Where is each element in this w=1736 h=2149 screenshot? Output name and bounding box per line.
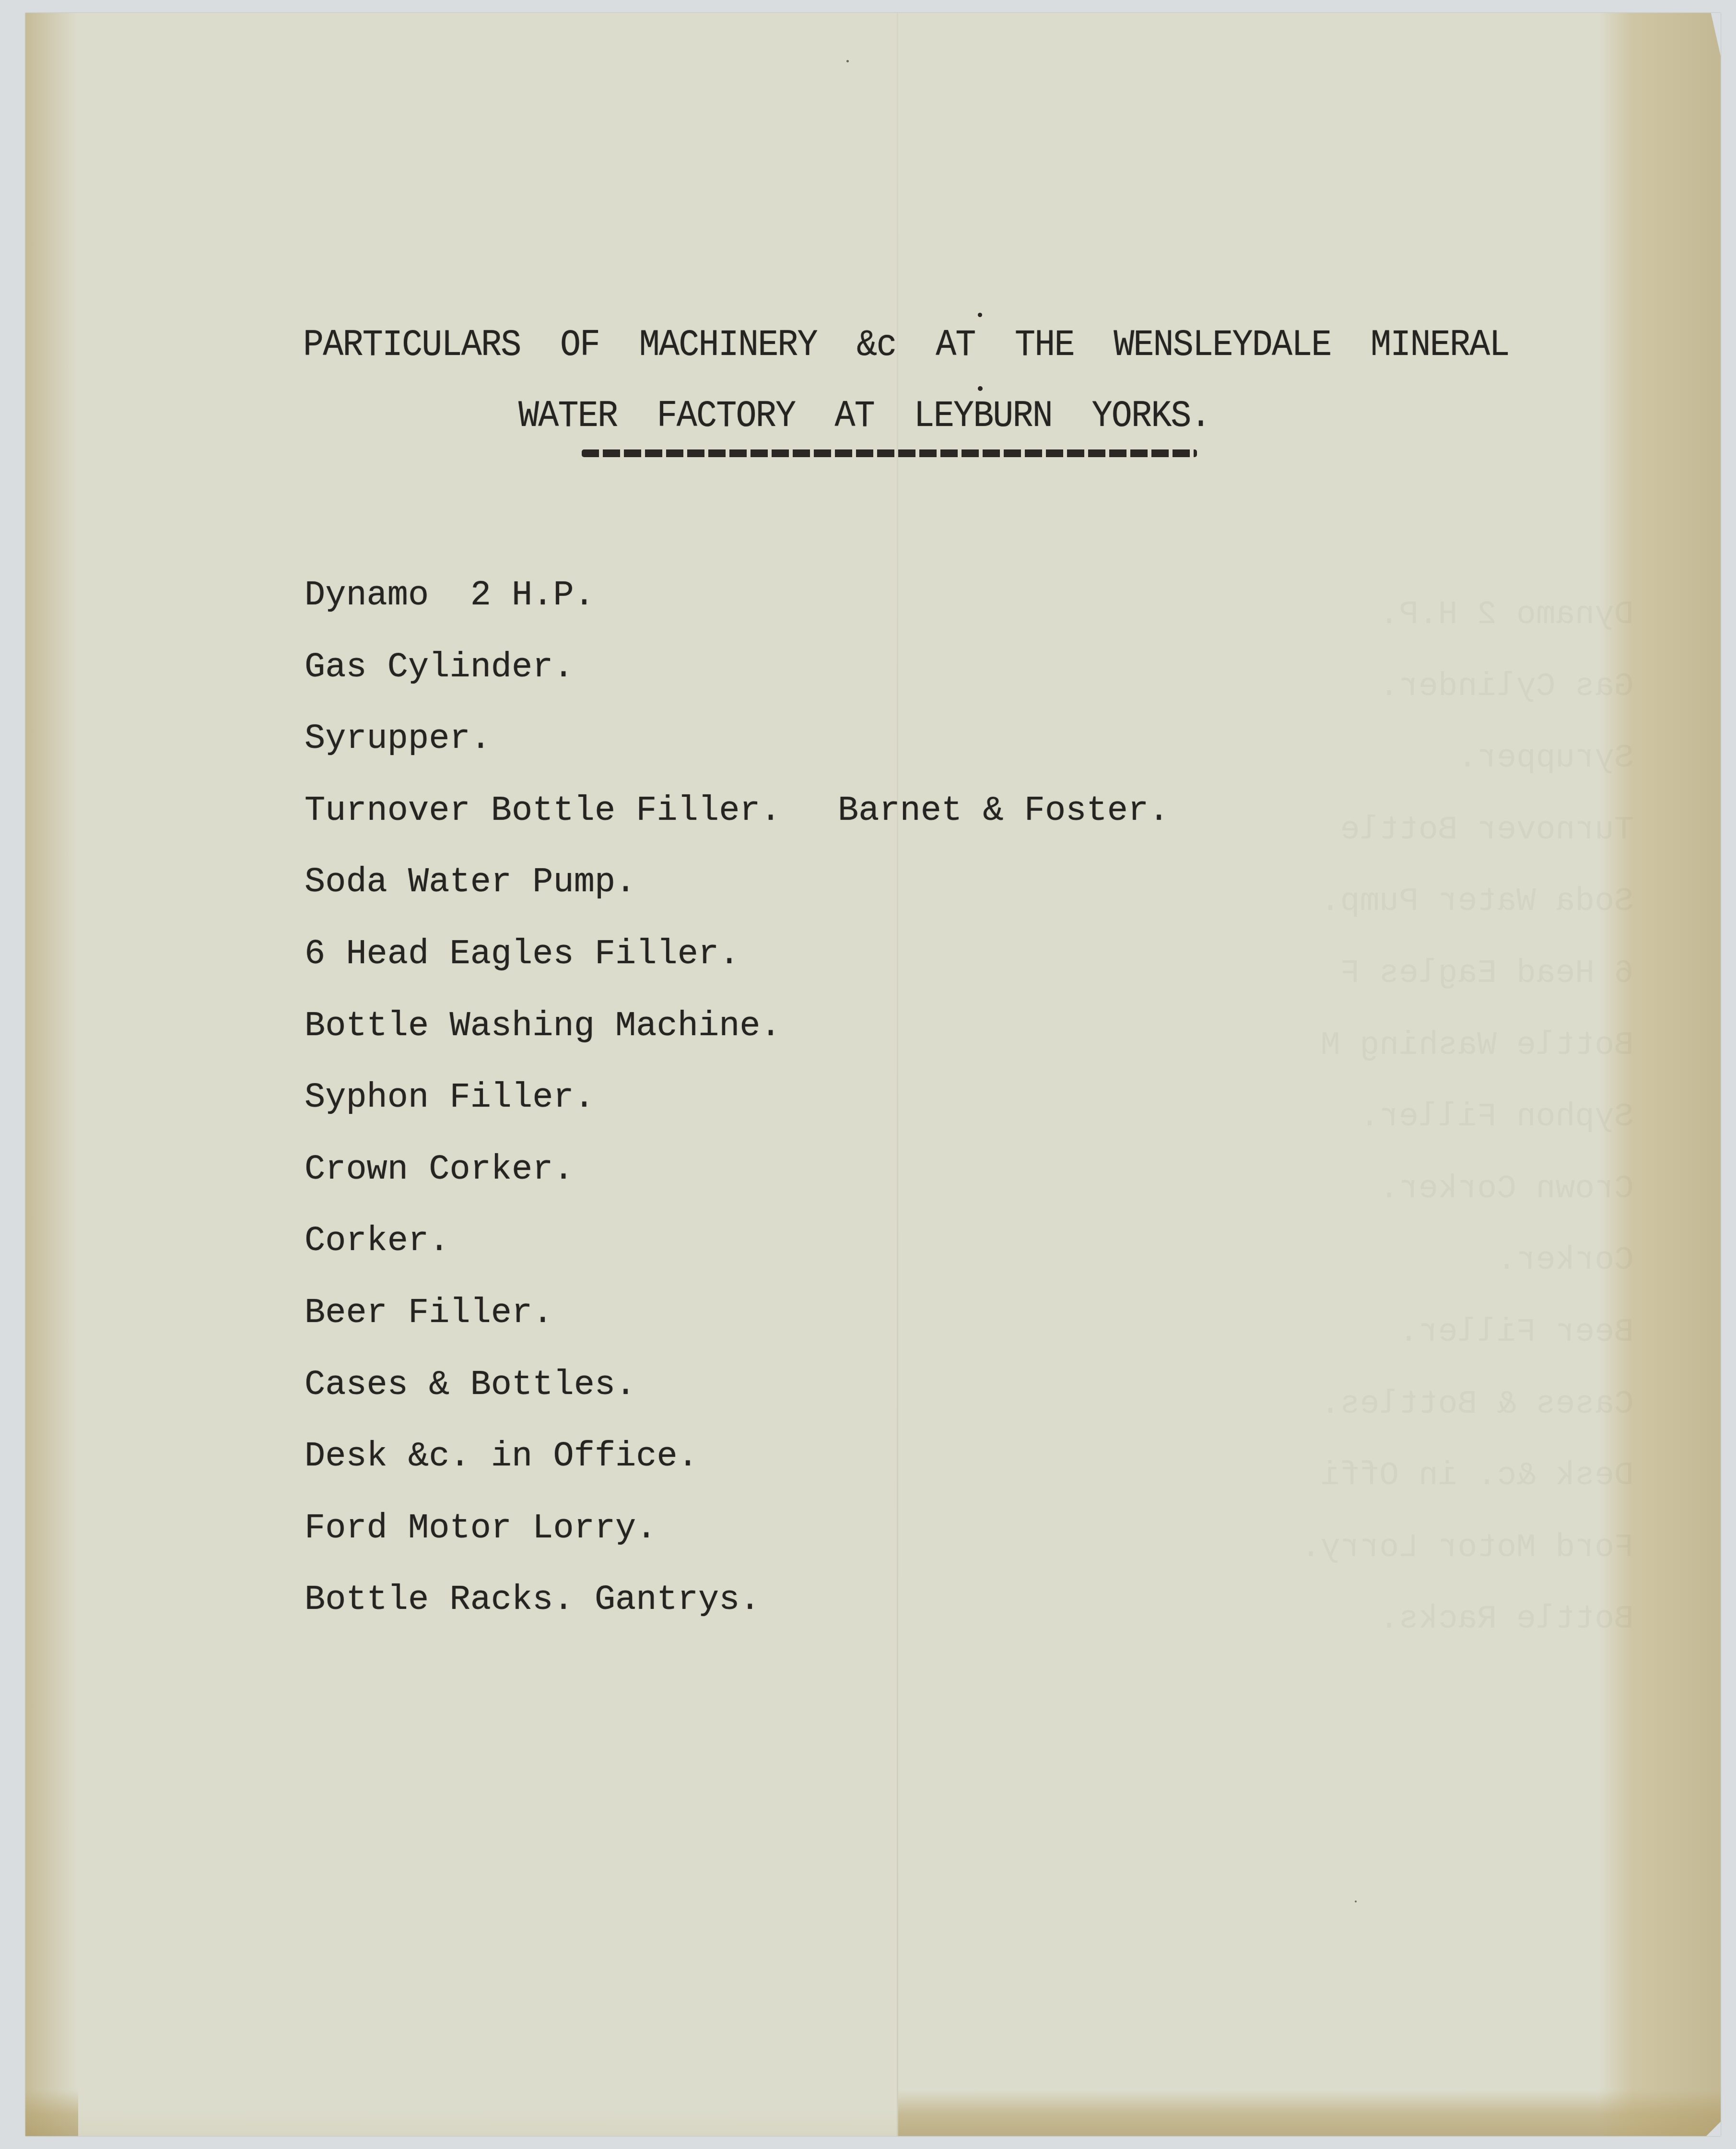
- item-name: Dynamo 2 H.P.: [305, 576, 595, 615]
- torn-corner-top-right: [1699, 13, 1721, 56]
- title-underline: [582, 449, 1197, 457]
- item-name: Syphon Filler.: [305, 1078, 595, 1117]
- list-item: 6 Head Eagles Filler.: [305, 928, 781, 1000]
- title-line-1: PARTICULARS OF MACHINERY &c AT THE WENSL…: [303, 324, 1509, 366]
- item-name: Soda Water Pump.: [305, 862, 636, 902]
- list-item: Syrupper.: [305, 712, 781, 784]
- list-item: Crown Corker.: [305, 1143, 781, 1215]
- list-item: Bottle Washing Machine.: [305, 1000, 781, 1072]
- machinery-list: Dynamo 2 H.P. Gas Cylinder. Syrupper. Tu…: [305, 569, 781, 1645]
- list-item: Beer Filler.: [305, 1287, 781, 1358]
- torn-corner-bottom-right: [1706, 2122, 1721, 2136]
- list-item: Ford Motor Lorry.: [305, 1502, 781, 1574]
- item-name: Bottle Racks. Gantrys.: [305, 1580, 761, 1619]
- item-name: Turnover Bottle Filler.: [305, 791, 781, 830]
- item-name: Desk &c. in Office.: [305, 1437, 698, 1476]
- item-name: 6 Head Eagles Filler.: [305, 934, 739, 974]
- title-line-2: WATER FACTORY AT LEYBURN YORKS.: [518, 395, 1210, 437]
- list-item: Dynamo 2 H.P.: [305, 569, 781, 641]
- item-name: Gas Cylinder.: [305, 648, 574, 687]
- item-name: Syrupper.: [305, 719, 491, 758]
- item-name: Crown Corker.: [305, 1150, 574, 1189]
- item-maker: Barnet & Foster.: [838, 784, 1169, 837]
- list-item: Cases & Bottles.: [305, 1358, 781, 1430]
- paper-speck: [846, 60, 849, 62]
- list-item: Bottle Racks. Gantrys.: [305, 1573, 781, 1645]
- stray-dot: [978, 386, 983, 391]
- stray-dot: [978, 313, 982, 317]
- list-item: Turnover Bottle Filler.Barnet & Foster.: [305, 784, 781, 856]
- paper-stain-mask: [78, 2090, 898, 2136]
- bleed-through-text: Dynamo 2 H.P. Gas Cylinder. Syrupper. Tu…: [1301, 579, 1634, 1655]
- list-item: Syphon Filler.: [305, 1071, 781, 1143]
- item-name: Bottle Washing Machine.: [305, 1006, 781, 1046]
- list-item: Gas Cylinder.: [305, 641, 781, 713]
- item-name: Cases & Bottles.: [305, 1365, 636, 1405]
- item-name: Corker.: [305, 1221, 449, 1261]
- list-item: Desk &c. in Office.: [305, 1430, 781, 1502]
- list-item: Soda Water Pump.: [305, 856, 781, 928]
- paper-speck: [1355, 1901, 1357, 1902]
- list-item: Corker.: [305, 1215, 781, 1287]
- item-name: Ford Motor Lorry.: [305, 1509, 657, 1548]
- item-name: Beer Filler.: [305, 1293, 553, 1333]
